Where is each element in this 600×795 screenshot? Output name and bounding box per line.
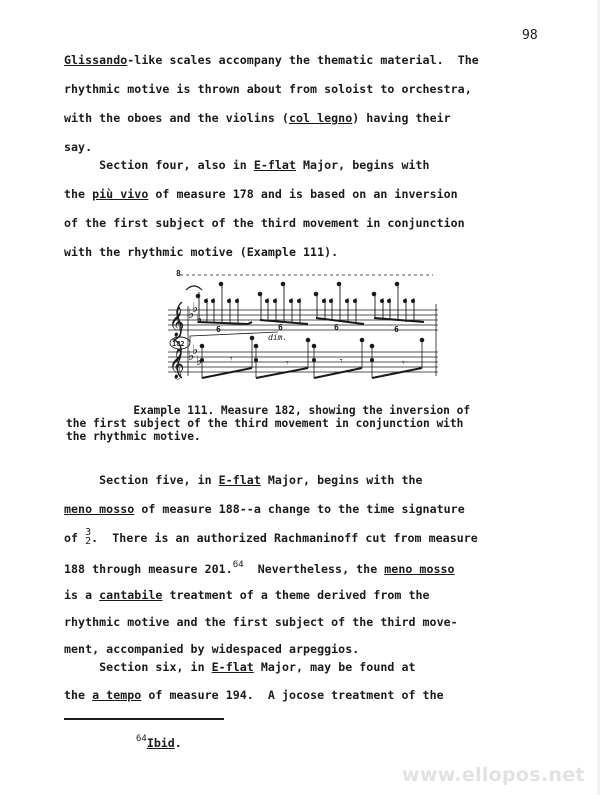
page-number: 98 bbox=[522, 28, 538, 43]
dynamic-marking: dim. bbox=[268, 333, 287, 342]
paragraph3-line6: rhythmic motive and the first subject of… bbox=[64, 615, 458, 629]
svg-text:𝄾: 𝄾 bbox=[402, 358, 405, 369]
svg-text:𝄾: 𝄾 bbox=[230, 354, 233, 365]
caption-line1: Example 111. Measure 182, showing the in… bbox=[66, 404, 470, 417]
tuplet-6a: 6 bbox=[216, 325, 221, 334]
paragraph3-line7: ment, accompanied by widespaced arpeggio… bbox=[64, 642, 359, 656]
treble-clef-lower-icon: 𝄞 bbox=[169, 348, 184, 380]
svg-text:♭: ♭ bbox=[196, 312, 202, 327]
term-e-flat: E-flat bbox=[212, 660, 254, 674]
term-col-legno: col legno bbox=[289, 111, 352, 125]
tuplet-6c: 6 bbox=[334, 323, 339, 332]
paragraph3-line4: 188 through measure 201.64 Nevertheless,… bbox=[64, 560, 455, 576]
paragraph2-line3: of the first subject of the third moveme… bbox=[64, 216, 465, 230]
paragraph4-line1: Section six, in E-flat Major, may be fou… bbox=[64, 660, 416, 674]
paragraph3-line5: is a cantabile treatment of a theme deri… bbox=[64, 588, 430, 602]
svg-text:𝄾: 𝄾 bbox=[340, 356, 343, 367]
footnote-number: 64 bbox=[136, 734, 147, 744]
term-piu-vivo: più vivo bbox=[92, 187, 148, 201]
paragraph3-line2: meno mosso of measure 188--a change to t… bbox=[64, 502, 465, 516]
measure-number: 182 bbox=[172, 340, 185, 348]
document-page: 98 Glissando-like scales accompany the t… bbox=[0, 0, 600, 795]
caption-line2: the first subject of the third movement … bbox=[66, 417, 463, 430]
svg-text:♭: ♭ bbox=[196, 354, 202, 369]
term-cantabile: cantabile bbox=[99, 588, 162, 602]
ottava-mark: 8 bbox=[176, 269, 181, 278]
treble-clef-icon: 𝄞 bbox=[169, 306, 184, 338]
term-a-tempo: a tempo bbox=[92, 688, 141, 702]
paragraph1-line4: say. bbox=[64, 140, 92, 154]
paragraph3-line3: of 32. There is an authorized Rachmanino… bbox=[64, 531, 478, 546]
music-example-notation: 𝄞 𝄞 ♭ ♭ ♭ ♭ ♭ ♭ 𝄾 𝄾 𝄾 𝄾 8 182 6 6 6 6 di… bbox=[168, 268, 448, 388]
tuplet-6b: 6 bbox=[278, 323, 283, 332]
term-meno-mosso: meno mosso bbox=[384, 562, 454, 576]
paragraph1-line3: with the oboes and the violins (col legn… bbox=[64, 111, 451, 125]
caption-line3: the rhythmic motive. bbox=[66, 430, 201, 443]
term-e-flat: E-flat bbox=[219, 473, 261, 487]
paragraph2-line1: Section four, also in E-flat Major, begi… bbox=[64, 158, 430, 172]
tuplet-6d: 6 bbox=[394, 325, 399, 334]
paragraph2-line2: the più vivo of measure 178 and is based… bbox=[64, 187, 458, 201]
paragraph4-line2: the a tempo of measure 194. A jocose tre… bbox=[64, 688, 444, 702]
paragraph1-line2: rhythmic motive is thrown about from sol… bbox=[64, 82, 472, 96]
footnote-ibid: Ibid bbox=[147, 736, 175, 750]
watermark: www.ellopos.net bbox=[402, 764, 585, 786]
paragraph2-line4: with the rhythmic motive (Example 111). bbox=[64, 245, 338, 259]
paragraph1-line1: Glissando-like scales accompany the them… bbox=[64, 53, 479, 67]
footnote: 64Ibid. bbox=[136, 734, 182, 750]
svg-text:𝄾: 𝄾 bbox=[286, 358, 289, 369]
term-glissando: Glissando bbox=[64, 53, 127, 67]
footnote-reference: 64 bbox=[233, 560, 244, 570]
footnote-rule bbox=[64, 718, 224, 720]
term-meno-mosso: meno mosso bbox=[64, 502, 134, 516]
term-e-flat: E-flat bbox=[254, 158, 296, 172]
paragraph3-line1: Section five, in E-flat Major, begins wi… bbox=[64, 473, 423, 487]
